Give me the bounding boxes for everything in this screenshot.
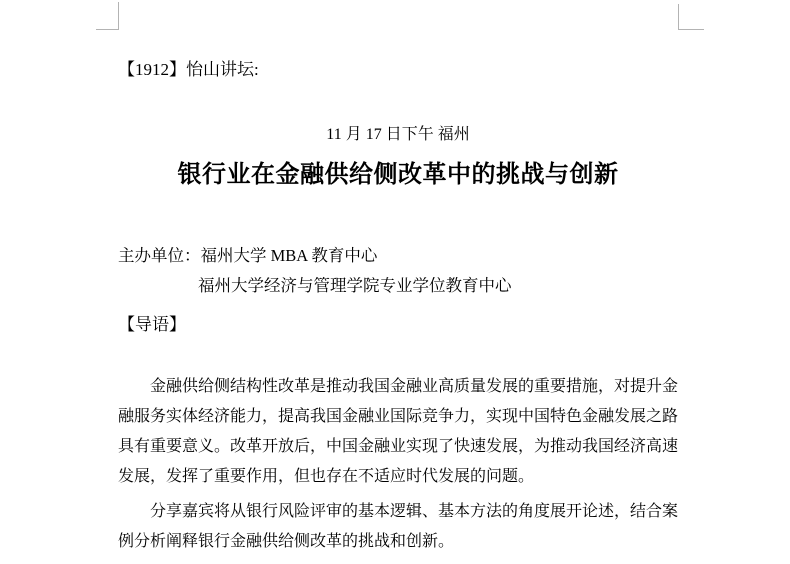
paragraph-line: 例分析阐释银行金融供给侧改革的挑战和创新。 bbox=[118, 527, 678, 557]
section-heading-daoyu: 【导语】 bbox=[118, 310, 678, 340]
organizer-line-1: 主办单位：福州大学 MBA 教育中心 bbox=[118, 241, 678, 271]
paragraph-line: 发展，发挥了重要作用，但也存在不适应时代发展的问题。 bbox=[118, 462, 678, 492]
crop-mark-top-left-horizontal bbox=[96, 29, 119, 30]
document-page: 【1912】怡山讲坛: 11 月 17 日下午 福州 银行业在金融供给侧改革中的… bbox=[0, 0, 790, 564]
organizer-line-2: 福州大学经济与管理学院专业学位教育中心 bbox=[118, 271, 678, 301]
date-location-line: 11 月 17 日下午 福州 bbox=[118, 120, 678, 150]
paragraph-line: 具有重要意义。改革开放后，中国金融业实现了快速发展，为推动我国经济高速 bbox=[118, 432, 678, 462]
paragraph-line: 金融供给侧结构性改革是推动我国金融业高质量发展的重要措施，对提升金 bbox=[118, 372, 678, 402]
series-header-line: 【1912】怡山讲坛: bbox=[118, 55, 678, 85]
crop-mark-top-right-horizontal bbox=[678, 29, 704, 30]
document-title: 银行业在金融供给侧改革中的挑战与创新 bbox=[118, 157, 678, 193]
intro-paragraph-2: 分享嘉宾将从银行风险评审的基本逻辑、基本方法的角度展开论述，结合案 例分析阐释银… bbox=[118, 497, 678, 557]
crop-mark-top-right-vertical bbox=[678, 4, 679, 30]
paragraph-line: 分享嘉宾将从银行风险评审的基本逻辑、基本方法的角度展开论述，结合案 bbox=[118, 497, 678, 527]
intro-paragraph-1: 金融供给侧结构性改革是推动我国金融业高质量发展的重要措施，对提升金 融服务实体经… bbox=[118, 372, 678, 492]
crop-mark-top-left-vertical bbox=[118, 2, 119, 30]
paragraph-line: 融服务实体经济能力，提高我国金融业国际竞争力，实现中国特色金融发展之路 bbox=[118, 402, 678, 432]
organizer-block: 主办单位：福州大学 MBA 教育中心 福州大学经济与管理学院专业学位教育中心 bbox=[118, 241, 678, 301]
